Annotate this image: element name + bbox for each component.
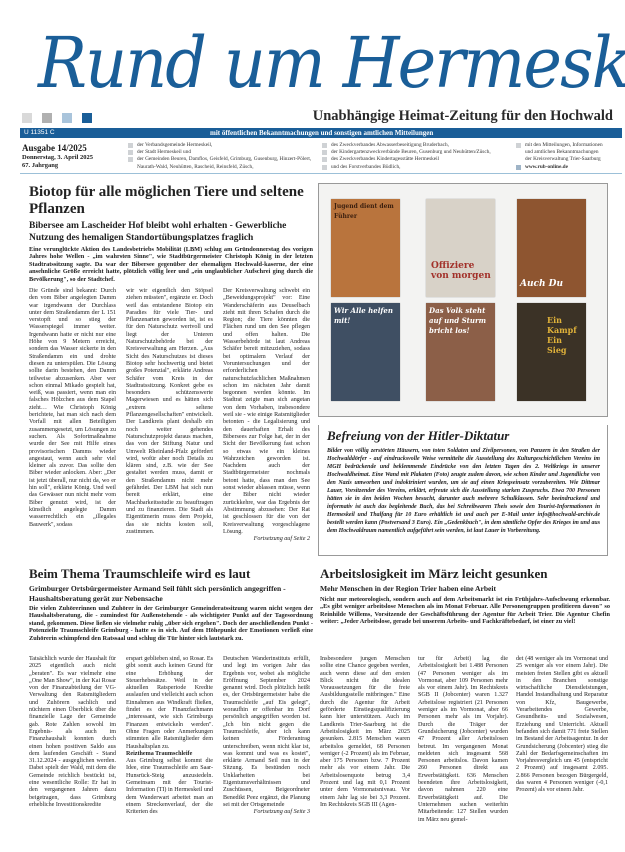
article3-column-1: Insbesondere jungen Menschen sollte eine… (320, 656, 410, 809)
bullet-icon (128, 157, 133, 162)
publisher-line: des Zweckverbandes Kindertagesstätte Her… (331, 156, 439, 163)
issue-info: Ausgabe 14/2025 Donnerstag, 3. April 202… (22, 142, 93, 170)
square-icon (42, 113, 52, 123)
article3-column-3: det (48 weniger als im Vormonat und 25 w… (516, 656, 608, 795)
bullet-icon (516, 165, 521, 170)
article2-continuation[interactable]: Fortsetzung auf Seite 3 (223, 809, 310, 816)
poster-image: Das Volk steht auf und Sturm bricht los! (426, 303, 495, 401)
square-icon (22, 113, 32, 123)
bullet-icon (322, 150, 327, 155)
bullet-icon (128, 143, 133, 148)
article3-column-2: tur für Arbeit) lag die Arbeitslosigkeit… (418, 656, 508, 824)
article1-column-2: wir wir eigentlich den Stöpsel ziehen mü… (126, 288, 213, 536)
publishers-col-2: des Zweckverbandes Abwasserbeseitigung B… (322, 142, 512, 171)
decorative-squares (22, 113, 92, 123)
poster-caption: Jugend dient dem Führer (334, 202, 400, 222)
caption-title: Befreiung von der Hitler-Diktatur (327, 428, 509, 444)
website-link[interactable]: www.rub-online.de (525, 164, 568, 171)
square-icon (62, 113, 72, 123)
newspaper-title: Rund um Hermeskeil (38, 18, 559, 108)
publisher-line: der Kreisverwaltung Trier-Saarburg (525, 156, 601, 163)
poster-image: Ein Kampf Ein Sieg (517, 303, 586, 401)
newspaper-subtitle: Unabhängige Heimat-Zeitung für den Hochw… (313, 108, 613, 125)
article2-headline: Beim Thema Traumschleife wird es laut (29, 566, 314, 581)
publisher-line: der Gemeinden Beuren, Damflos, Geisfeld,… (137, 156, 318, 170)
article2-column-1: Tatsächlich wurde der Haushalt für 2025 … (29, 656, 116, 809)
poster-image: Offiziere von morgen (426, 199, 495, 297)
poster-caption: Auch Du (520, 279, 563, 289)
poster-image: Auch Du (517, 199, 586, 297)
article3-headline: Arbeitslosigkeit im März leicht gesunken (320, 566, 620, 581)
poster-caption: Wir Alle helfen mit! (334, 306, 398, 326)
article1-subheadline: Bibersee am Lascheider Hof bleibt wohl e… (29, 220, 314, 244)
photo-caption-box: Befreiung von der Hitler-Diktatur Bilder… (318, 425, 608, 556)
masthead: Rund um Hermeskeil Unabhängige Heimat-Ze… (0, 0, 625, 128)
bullet-icon (128, 150, 133, 155)
article2-inline-subhead: Reizthema Traumschleife (126, 751, 213, 758)
article2-column-3: Deutschen Wanderinstituts erfüllt, und l… (223, 656, 310, 809)
publisher-line: und des Forstverbandes Büdlich, (331, 164, 400, 171)
caption-text: Bilder von völlig zerstörten Häusern, vo… (327, 447, 600, 535)
article1-column-3-wrap: Der Kreisverwaltung schwebt ein „Beweidu… (223, 288, 310, 543)
issue-number: Ausgabe 14/2025 (22, 142, 93, 154)
issue-year: 67. Jahrgang (22, 162, 93, 170)
article2-column-3-wrap: Deutschen Wanderinstituts erfüllt, und l… (223, 656, 310, 817)
poster-image: Wir Alle helfen mit! (331, 303, 400, 401)
poster-caption: Ein Kampf Ein Sieg (547, 315, 583, 355)
article2-lead: Die vielen Zuhörerinnen und Zuhörer in d… (29, 605, 313, 642)
poster-caption: Das Volk steht auf und Sturm bricht los! (429, 306, 493, 336)
header-divider (20, 173, 622, 174)
article2-column-2-wrap: erspart geblieben sind, so Rosar. Es gib… (126, 656, 213, 817)
bullet-icon (322, 157, 327, 162)
article2-column-2: erspart geblieben sind, so Rosar. Es gib… (126, 656, 213, 751)
publisher-line: mit den Mitteilungen, Informationen (525, 142, 603, 149)
poster-caption: Offiziere von morgen (431, 261, 491, 281)
publisher-line: des Zweckverbandes Abwasserbeseitigung B… (331, 142, 449, 149)
article1-lead: Eine verunglückte Aktion des Landesbetri… (29, 246, 313, 283)
publisher-line: und amtlichen Bekanntmachungen (525, 149, 599, 156)
publisher-line: der Verbandsgemeinde Hermeskeil, (137, 142, 212, 149)
publishers-col-3: mit den Mitteilungen, Informationen und … (516, 142, 624, 171)
square-icon (82, 113, 92, 123)
article3-lead: Nicht nur meteorologisch, sondern auch a… (320, 596, 610, 626)
article1-continuation[interactable]: Fortsetzung auf Seite 2 (223, 536, 310, 543)
issue-date: Donnerstag, 3. April 2025 (22, 154, 93, 162)
publisher-line: der Kindergartenzweckverbände Beuren, Gu… (331, 149, 491, 156)
photo-poster-wall: Jugend dient dem Führer Offiziere von mo… (318, 183, 608, 417)
bullet-icon (516, 143, 521, 148)
bullet-icon (322, 143, 327, 148)
info-bar: U 11351 C mit öffentlichen Bekanntmachun… (20, 128, 622, 138)
article2-subhead-text: Aus Grimburg selbst kommt die Idee, eine… (126, 758, 213, 816)
article1-column-3: Der Kreisverwaltung schwebt ein „Beweidu… (223, 288, 310, 536)
info-bar-text: mit öffentlichen Bekanntmachungen und so… (210, 128, 433, 138)
publishers-col-1: der Verbandsgemeinde Hermeskeil, der Sta… (128, 142, 318, 171)
article1-headline: Biotop für alle möglichen Tiere und selt… (29, 184, 309, 218)
bullet-icon (322, 165, 327, 170)
postal-code: U 11351 C (24, 128, 55, 138)
article3-subheadline: Mehr Menschen in der Region Trier haben … (320, 584, 620, 594)
article1-column-1: Die Gründe sind bekannt: Durch den vom B… (29, 288, 116, 529)
article2-subheadline: Grimburger Ortsbürgermeister Armand Seil… (29, 584, 314, 604)
poster-image: Jugend dient dem Führer (331, 199, 400, 297)
